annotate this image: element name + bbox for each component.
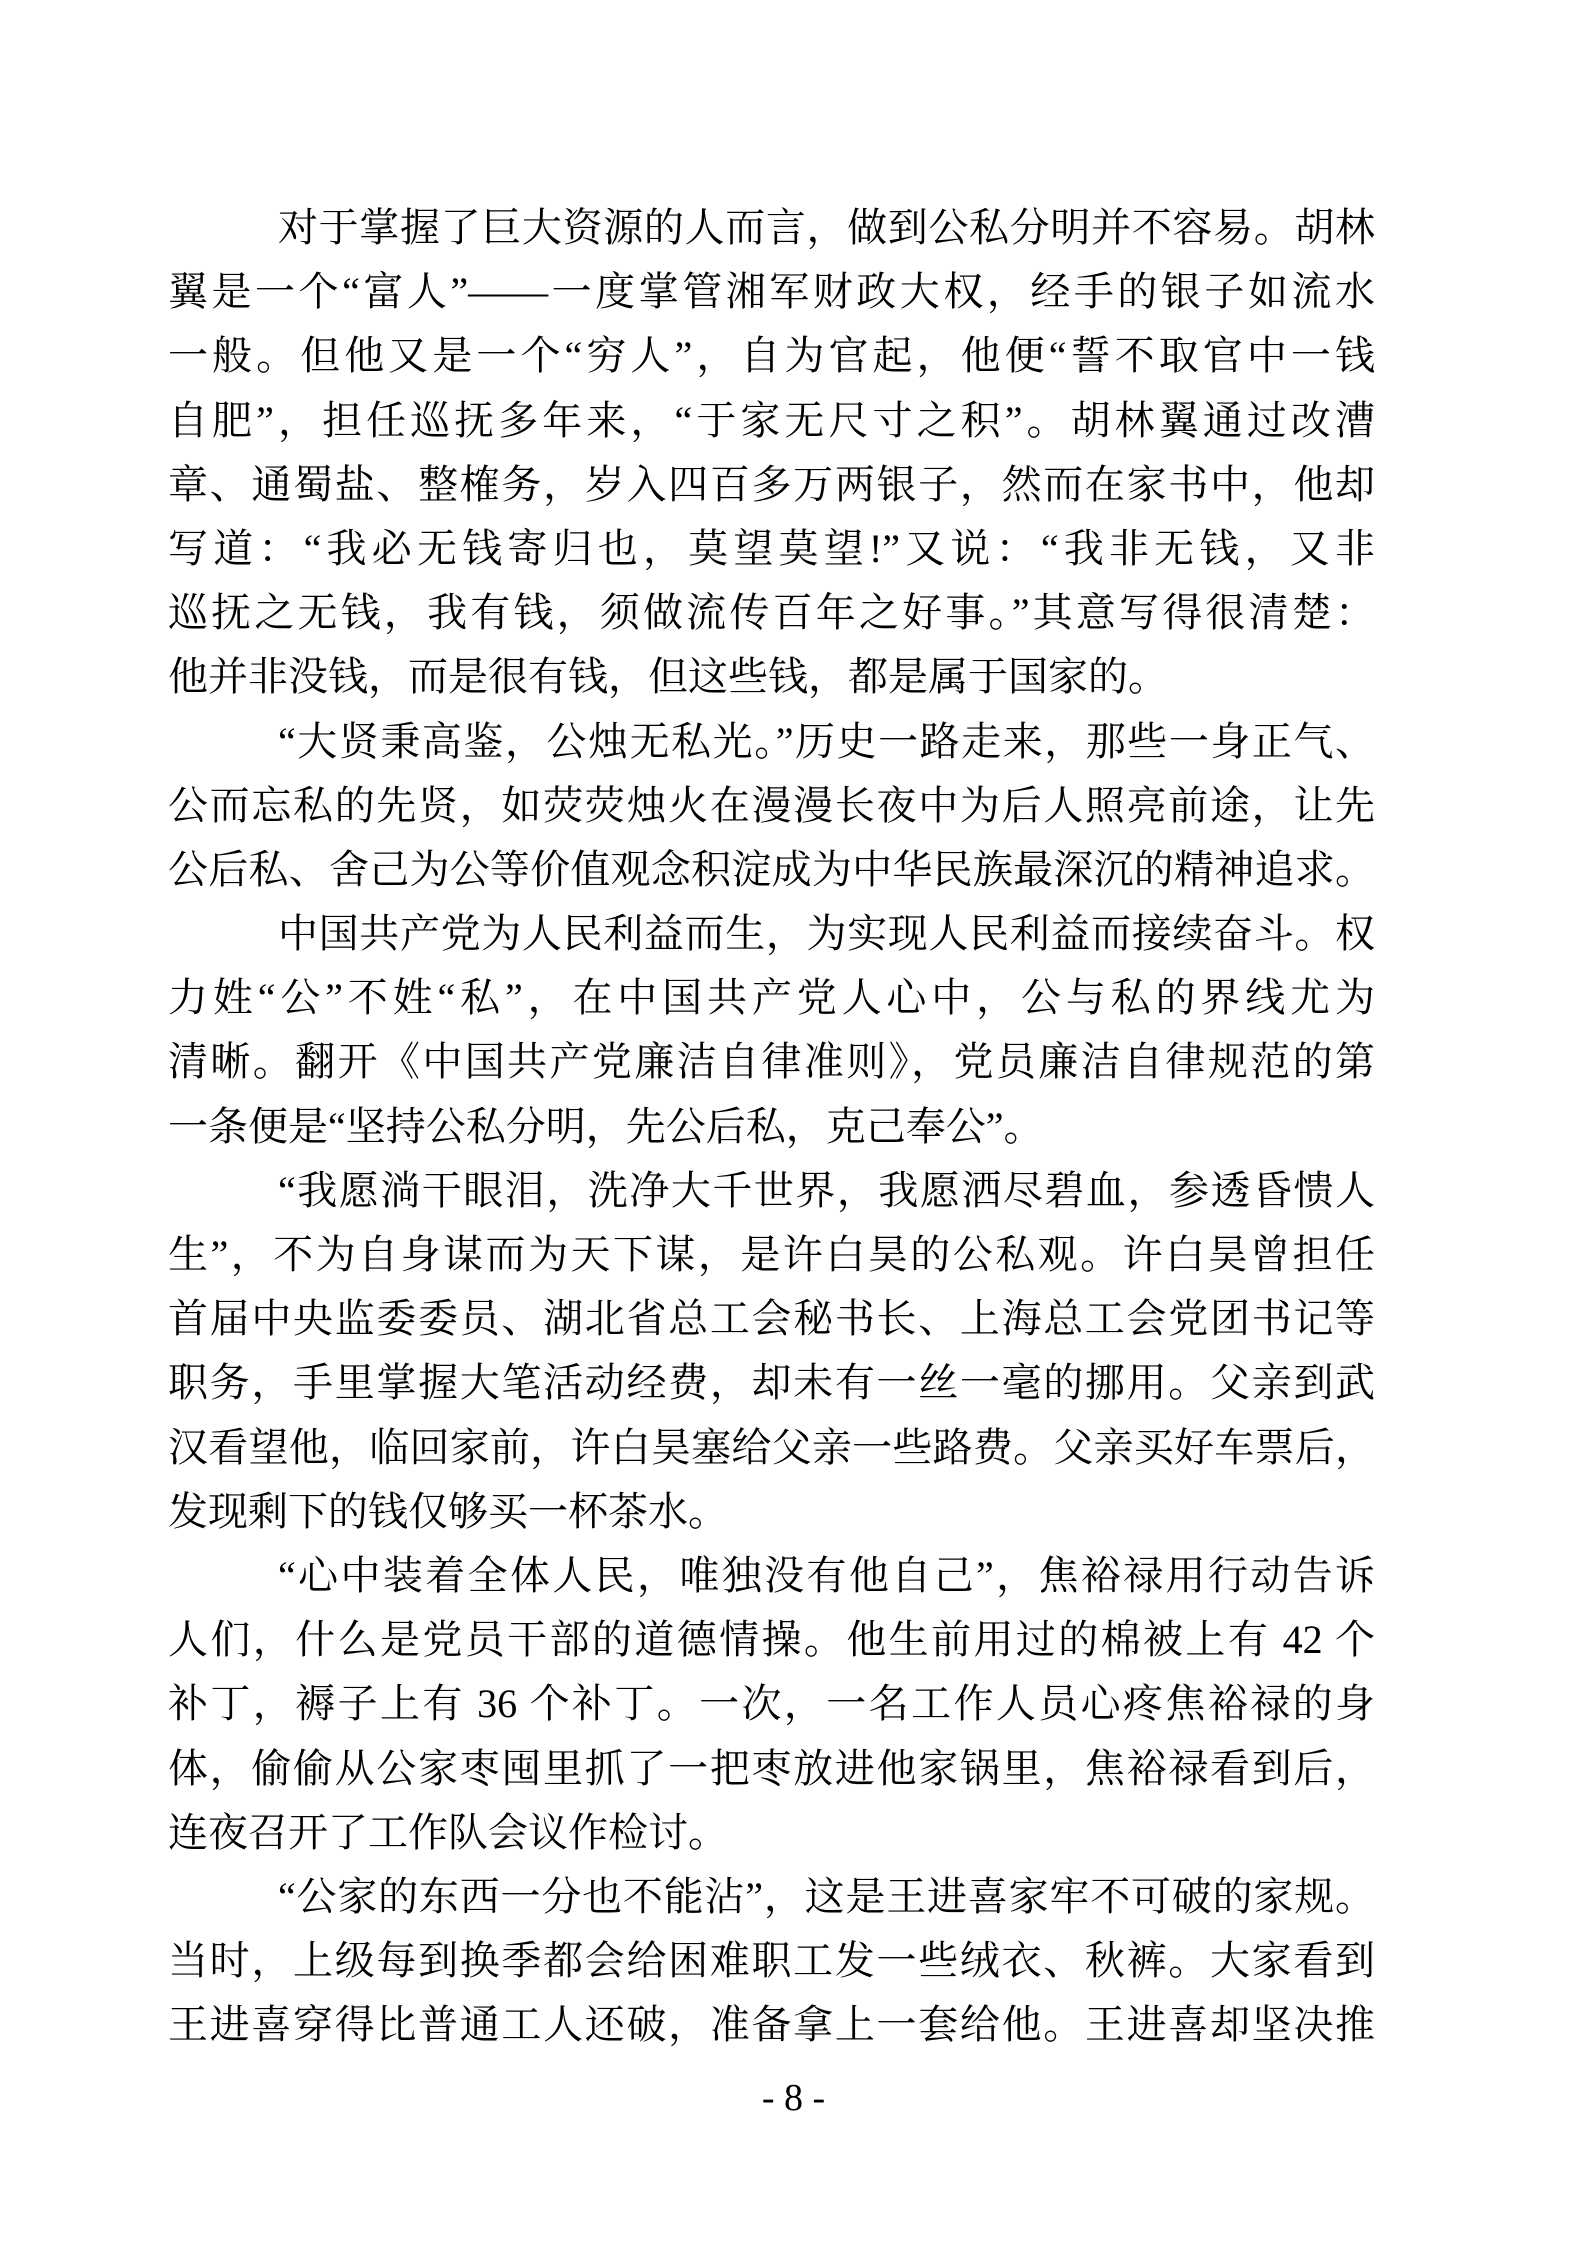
text-line: “大贤秉高鉴，公烛无私光。”历史一路走来，那些一身正气、 (168, 710, 1375, 774)
page-number: - 8 - (0, 2076, 1587, 2120)
text-line: 清晰。翻开《中国共产党廉洁自律准则》，党员廉洁自律规范的第 (168, 1030, 1375, 1094)
paragraph: “我愿淌干眼泪，洗净大千世界，我愿洒尽碧血，参透昏愦人生”，不为自身谋而为天下谋… (168, 1159, 1375, 1544)
text-line: 人们，什么是党员干部的道德情操。他生前用过的棉被上有 42 个 (168, 1608, 1375, 1672)
text-line: “公家的东西一分也不能沾”，这是王进喜家牢不可破的家规。 (168, 1865, 1375, 1929)
paragraph: 对于掌握了巨大资源的人而言，做到公私分明并不容易。胡林翼是一个“富人”——一度掌… (168, 196, 1375, 710)
text-line: 当时，上级每到换季都会给困难职工发一些绒衣、秋裤。大家看到 (168, 1929, 1375, 1993)
text-line: 力姓“公”不姓“私”，在中国共产党人心中，公与私的界线尤为 (168, 966, 1375, 1030)
text-line: 中国共产党为人民利益而生，为实现人民利益而接续奋斗。权 (168, 902, 1375, 966)
text-line: 王进喜穿得比普通工人还破，准备拿上一套给他。王进喜却坚决推 (168, 1993, 1375, 2057)
text-line: 巡抚之无钱，我有钱，须做流传百年之好事。”其意写得很清楚： (168, 581, 1375, 645)
text-line: 公后私、舍己为公等价值观念积淀成为中华民族最深沉的精神追求。 (168, 838, 1375, 902)
paragraph: “大贤秉高鉴，公烛无私光。”历史一路走来，那些一身正气、公而忘私的先贤，如荧荧烛… (168, 710, 1375, 903)
text-line: 一般。但他又是一个“穷人”，自为官起，他便“誓不取官中一钱 (168, 324, 1375, 388)
document-body: 对于掌握了巨大资源的人而言，做到公私分明并不容易。胡林翼是一个“富人”——一度掌… (168, 196, 1375, 2057)
text-line: 他并非没钱，而是很有钱，但这些钱，都是属于国家的。 (168, 645, 1375, 709)
text-line: 章、通蜀盐、整榷务，岁入四百多万两银子，然而在家书中，他却 (168, 453, 1375, 517)
text-line: 汉看望他，临回家前，许白昊塞给父亲一些路费。父亲买好车票后， (168, 1416, 1375, 1480)
text-line: “我愿淌干眼泪，洗净大千世界，我愿洒尽碧血，参透昏愦人 (168, 1159, 1375, 1223)
paragraph: “心中装着全体人民，唯独没有他自己”，焦裕禄用行动告诉人们，什么是党员干部的道德… (168, 1544, 1375, 1865)
text-line: 首届中央监委委员、湖北省总工会秘书长、上海总工会党团书记等 (168, 1287, 1375, 1351)
text-line: “心中装着全体人民，唯独没有他自己”，焦裕禄用行动告诉 (168, 1544, 1375, 1608)
text-line: 发现剩下的钱仅够买一杯茶水。 (168, 1480, 1375, 1544)
text-line: 一条便是“坚持公私分明，先公后私，克己奉公”。 (168, 1095, 1375, 1159)
text-line: 写道：“我必无钱寄归也，莫望莫望!”又说：“我非无钱，又非 (168, 517, 1375, 581)
text-line: 自肥”，担任巡抚多年来，“于家无尺寸之积”。胡林翼通过改漕 (168, 389, 1375, 453)
text-line: 翼是一个“富人”——一度掌管湘军财政大权，经手的银子如流水 (168, 260, 1375, 324)
text-line: 生”，不为自身谋而为天下谋，是许白昊的公私观。许白昊曾担任 (168, 1223, 1375, 1287)
text-line: 公而忘私的先贤，如荧荧烛火在漫漫长夜中为后人照亮前途，让先 (168, 774, 1375, 838)
paragraph: “公家的东西一分也不能沾”，这是王进喜家牢不可破的家规。当时，上级每到换季都会给… (168, 1865, 1375, 2058)
text-line: 职务，手里掌握大笔活动经费，却未有一丝一毫的挪用。父亲到武 (168, 1351, 1375, 1415)
text-line: 体，偷偷从公家枣囤里抓了一把枣放进他家锅里，焦裕禄看到后， (168, 1737, 1375, 1801)
text-line: 补丁，褥子上有 36 个补丁。一次，一名工作人员心疼焦裕禄的身 (168, 1672, 1375, 1736)
paragraph: 中国共产党为人民利益而生，为实现人民利益而接续奋斗。权力姓“公”不姓“私”，在中… (168, 902, 1375, 1159)
text-line: 对于掌握了巨大资源的人而言，做到公私分明并不容易。胡林 (168, 196, 1375, 260)
text-line: 连夜召开了工作队会议作检讨。 (168, 1801, 1375, 1865)
document-page: 对于掌握了巨大资源的人而言，做到公私分明并不容易。胡林翼是一个“富人”——一度掌… (0, 0, 1587, 2245)
